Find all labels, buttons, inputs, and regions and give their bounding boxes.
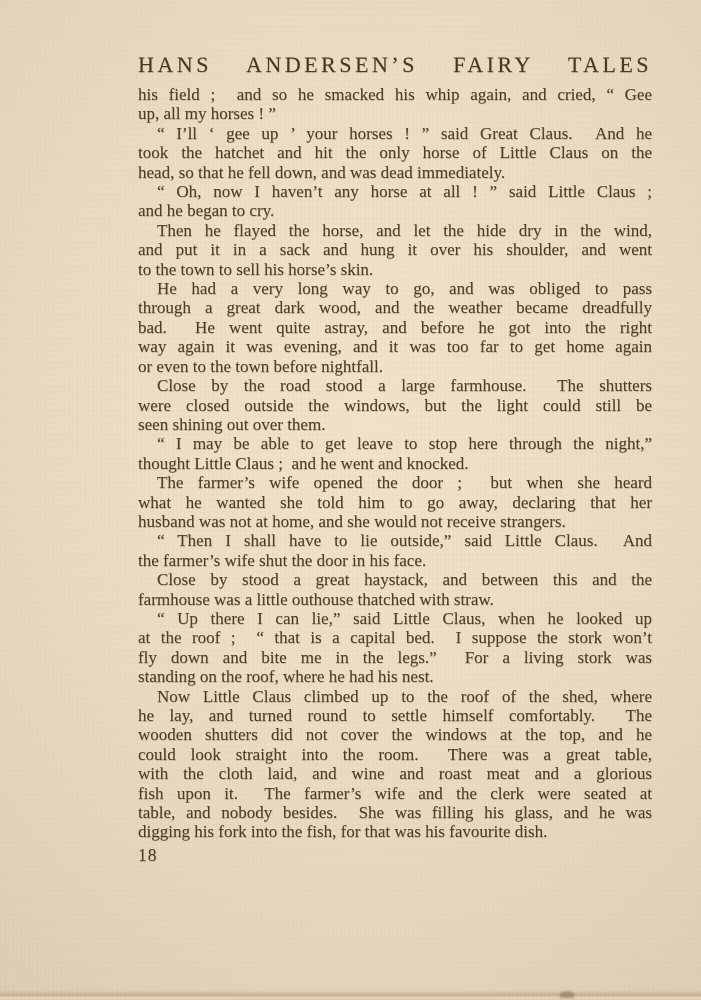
text-line: seen shining out over them.: [138, 415, 652, 434]
text-line: and put it in a sack and hung it over hi…: [138, 240, 652, 259]
book-page: HANS ANDERSEN’S FAIRY TALES his field ; …: [0, 0, 701, 1000]
text-line: fly down and bite me in the legs.” For a…: [138, 648, 652, 667]
text-line: through a great dark wood, and the weath…: [138, 298, 652, 317]
text-line: farmhouse was a little outhouse thatched…: [138, 590, 652, 609]
paragraph: Then he flayed the horse, and let the hi…: [138, 221, 652, 279]
page-number: 18: [138, 845, 158, 866]
text-line: could look straight into the room. There…: [138, 745, 652, 764]
text-line: He had a very long way to go, and was ob…: [138, 279, 652, 298]
text-line: fish upon it. The farmer’s wife and the …: [138, 784, 652, 803]
text-line: The farmer’s wife opened the door ; but …: [138, 473, 652, 492]
running-head-title: HANS ANDERSEN’S FAIRY TALES: [138, 53, 652, 77]
paragraph: Close by stood a great haystack, and bet…: [138, 570, 652, 609]
text-line: and he began to cry.: [138, 201, 652, 220]
text-line: standing on the roof, where he had his n…: [138, 667, 652, 686]
paragraph: Close by the road stood a large farmhous…: [138, 376, 652, 434]
text-line: Close by stood a great haystack, and bet…: [138, 570, 652, 589]
text-line: what he wanted she told him to go away, …: [138, 493, 652, 512]
text-line: or even to the town before nightfall.: [138, 357, 652, 376]
paragraph: his field ; and so he smacked his whip a…: [138, 85, 652, 124]
text-line: thought Little Claus ; and he went and k…: [138, 454, 652, 473]
text-line: were closed outside the windows, but the…: [138, 396, 652, 415]
text-line: took the hatchet and hit the only horse …: [138, 143, 652, 162]
text-line: digging his fork into the fish, for that…: [138, 822, 652, 841]
paragraph: “ I’ll ‘ gee up ’ your horses ! ” said G…: [138, 124, 652, 182]
text-line: at the roof ; “ that is a capital bed. I…: [138, 628, 652, 647]
text-line: “ Then I shall have to lie outside,” sai…: [138, 531, 652, 550]
text-line: “ I’ll ‘ gee up ’ your horses ! ” said G…: [138, 124, 652, 143]
text-line: “ Up there I can lie,” said Little Claus…: [138, 609, 652, 628]
text-line: bad. He went quite astray, and before he…: [138, 318, 652, 337]
text-line: way again it was evening, and it was too…: [138, 337, 652, 356]
text-line: Then he flayed the horse, and let the hi…: [138, 221, 652, 240]
text-line: “ I may be able to get leave to stop her…: [138, 434, 652, 453]
text-line: the farmer’s wife shut the door in his f…: [138, 551, 652, 570]
page-curl-mark: [560, 991, 574, 998]
body-text-block: his field ; and so he smacked his whip a…: [138, 85, 652, 842]
paragraph: Now Little Claus climbed up to the roof …: [138, 687, 652, 842]
text-line: with the cloth laid, and wine and roast …: [138, 764, 652, 783]
text-line: to the town to sell his horse’s skin.: [138, 260, 652, 279]
text-line: Close by the road stood a large farmhous…: [138, 376, 652, 395]
text-line: Now Little Claus climbed up to the roof …: [138, 687, 652, 706]
text-line: table, and nobody besides. She was filli…: [138, 803, 652, 822]
paragraph: “ Then I shall have to lie outside,” sai…: [138, 531, 652, 570]
text-line: head, so that he fell down, and was dead…: [138, 163, 652, 182]
text-line: up, all my horses ! ”: [138, 104, 652, 123]
text-line: “ Oh, now I haven’t any horse at all ! ”…: [138, 182, 652, 201]
text-line: wooden shutters did not cover the window…: [138, 725, 652, 744]
text-line: husband was not at home, and she would n…: [138, 512, 652, 531]
paragraph: “ Up there I can lie,” said Little Claus…: [138, 609, 652, 687]
paragraph: “ I may be able to get leave to stop her…: [138, 434, 652, 473]
text-line: he lay, and turned round to settle himse…: [138, 706, 652, 725]
page-bottom-edge: [0, 988, 701, 1000]
paragraph: “ Oh, now I haven’t any horse at all ! ”…: [138, 182, 652, 221]
paragraph: The farmer’s wife opened the door ; but …: [138, 473, 652, 531]
text-line: his field ; and so he smacked his whip a…: [138, 85, 652, 104]
paragraph: He had a very long way to go, and was ob…: [138, 279, 652, 376]
